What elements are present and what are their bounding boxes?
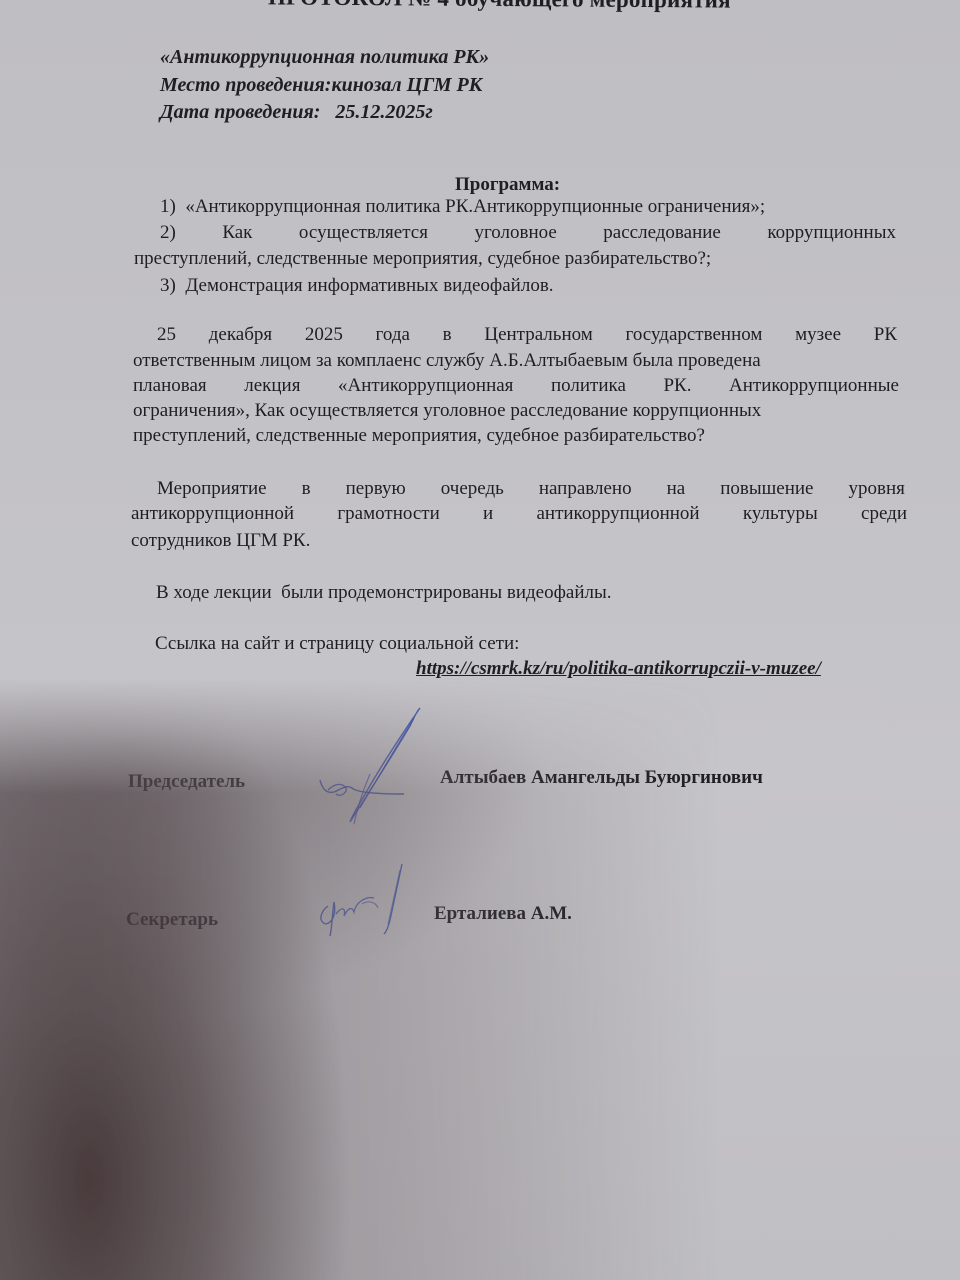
program-item-2-line2: преступлений, следственные мероприятия, … [134,248,711,270]
word: коррупционных [767,222,896,244]
event-topic: «Антикоррупционная политика РК» [160,46,489,69]
word: осуществляется [299,222,428,244]
word: политика [551,375,626,397]
word: антикоррупционной [131,503,294,525]
word: антикоррупционной [536,503,699,525]
program-item-text: Демонстрация информативных видеофайлов. [185,275,553,296]
word: Как [222,222,252,244]
word: на [667,478,686,500]
secretary-role: Секретарь [126,909,218,931]
word: плановая [133,375,207,397]
program-item-1: 1) «Антикоррупционная политика РК.Антико… [160,196,765,218]
paragraph-1-line-5: преступлений, следственные мероприятия, … [133,425,705,447]
word: государственном [626,324,763,346]
website-link[interactable]: https://csmrk.kz/ru/politika-antikorrupc… [416,658,821,680]
word: в [443,324,452,346]
document-title: ПРОТОКОЛ № 4 обучающего мероприятия [268,0,731,14]
program-item-text: «Антикоррупционная политика РК.Антикорру… [185,196,765,217]
word: очередь [441,478,504,500]
word: «Антикоррупционная [338,375,513,397]
secretary-name: Ерталиева А.М. [434,903,572,925]
paragraph-1-line-4: ограничения», Как осуществляется уголовн… [133,400,761,422]
paragraph-1-line-1: 25 декабря 2025 года в Центральном госуд… [157,324,897,346]
word: культуры [743,503,818,525]
word: направлено [539,478,632,500]
word: уровня [849,478,905,500]
chairman-role: Председатель [128,771,245,793]
word: 25 [157,324,176,346]
program-item-3: 3) Демонстрация информативных видеофайло… [160,275,554,297]
paragraph-2-line-1: Мероприятие в первую очередь направлено … [157,478,905,500]
chairman-signature-icon [312,704,442,834]
word: Центральном [484,324,592,346]
event-date-value: 25.12.2025г [335,101,432,123]
word: и [483,503,493,525]
word: первую [346,478,406,500]
word: лекция [244,375,300,397]
paragraph-1-line-2: ответственным лицом за комплаенс службу … [133,350,761,372]
word: грамотности [337,503,439,525]
event-date-label: Дата проведения: [160,101,320,123]
word: среди [861,503,907,525]
word: Мероприятие [157,478,267,500]
paragraph-1-line-3: плановая лекция «Антикоррупционная полит… [133,375,899,397]
word: расследование [603,222,721,244]
program-item-number: 2) [160,222,176,244]
word: 2025 [305,324,343,346]
paragraph-2-line-3: сотрудников ЦГМ РК. [131,530,310,552]
word: уголовное [474,222,556,244]
event-venue: Место проведения:кинозал ЦГМ РК [160,74,482,97]
word: РК [874,324,897,346]
program-item-number: 1) [160,196,176,217]
word: музее [795,324,841,346]
chairman-name: Алтыбаев Амангельды Буюргинович [440,767,763,789]
secretary-signature-icon [314,862,410,938]
word: РК. [663,375,691,397]
paragraph-3: В ходе лекции были продемонстрированы ви… [156,582,612,604]
word: декабря [209,324,272,346]
word: повышение [720,478,813,500]
paragraph-4: Ссылка на сайт и страницу социальной сет… [155,633,519,655]
program-heading: Программа: [455,174,560,196]
event-date: Дата проведения: 25.12.2025г [160,101,433,124]
program-item-number: 3) [160,275,176,296]
word: в [302,478,311,500]
word: года [376,324,410,346]
word: Антикоррупционные [729,375,899,397]
program-item-2: 2) Как осуществляется уголовное расследо… [160,222,896,244]
program-item-2-line1: 2) Как осуществляется уголовное расследо… [160,222,896,244]
paragraph-2-line-2: антикоррупционной грамотности и антикорр… [131,503,907,525]
document-paper: ПРОТОКОЛ № 4 обучающего мероприятия «Ант… [0,0,960,1280]
